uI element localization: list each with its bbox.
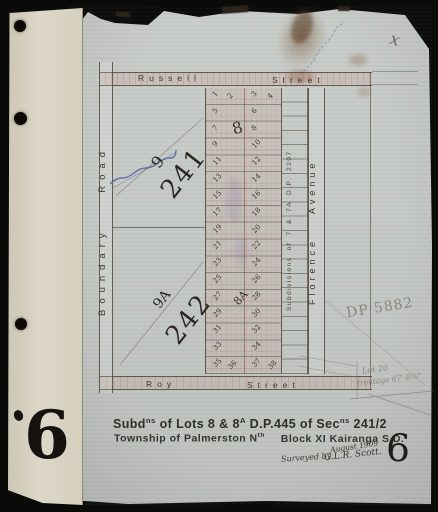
avenue-label-florence: Florence Avenue [307, 96, 317, 368]
lot-number: 18 [250, 206, 262, 218]
street-label-roy-2: Street [247, 380, 300, 390]
lot-number: 38 [266, 359, 278, 371]
lot-number: 1 [211, 90, 220, 99]
title-sup: ns [146, 416, 156, 425]
lot-row: 19 20 [206, 223, 281, 240]
street-label-russell: Russell [138, 73, 201, 83]
title-sup: th [258, 432, 265, 439]
lot-number: 8 [250, 123, 259, 132]
tape-debris [116, 11, 130, 17]
lot-row: 5 6 [206, 105, 281, 122]
lot-row: 21 22 [206, 239, 281, 256]
lot-number: 28 [250, 290, 262, 302]
lot-number: 3 [250, 90, 259, 99]
punch-hole [14, 20, 26, 32]
lot-number: 4 [266, 92, 275, 101]
title-part: D.P.445 of Sec [246, 417, 340, 431]
road-label-boundary: Boundary Road [97, 92, 108, 370]
lot-row: 15 16 [206, 189, 281, 206]
tape-debris [338, 6, 350, 11]
lot-number: 34 [250, 340, 262, 352]
plan-title-line1: Subdns of Lots 8 & 8A D.P.445 of Secns 2… [113, 416, 413, 431]
lot-number: 10 [250, 138, 262, 150]
lot-number: 15 [211, 189, 223, 201]
lot-row: 33 34 [206, 340, 281, 357]
lot-row: 31 32 [206, 323, 281, 340]
lot-row: 9 10 [206, 138, 281, 155]
lot-number: 11 [211, 155, 223, 167]
lot-row: 35 36 37 38 [206, 357, 281, 374]
title-part: Township of Palmerston N [114, 433, 258, 445]
lot-row: 11 12 [206, 155, 281, 172]
punch-hole [14, 112, 27, 125]
lot-number: 7 [211, 123, 220, 132]
lot-row: 29 30 [206, 307, 281, 324]
lot-number: 6 [250, 106, 259, 115]
lot-number: 14 [250, 172, 262, 184]
lot-number: 5 [211, 106, 220, 115]
lot-number: 33 [211, 340, 223, 352]
lot-number: 16 [250, 189, 262, 201]
lot-row: 25 26 [206, 273, 281, 290]
lot-number: 32 [250, 323, 262, 335]
lot-number: 23 [211, 256, 223, 268]
lot-number: 21 [211, 239, 223, 251]
title-part: of Lots 8 & 8 [156, 417, 240, 431]
street-extension-lines [372, 71, 418, 85]
lot-number: 12 [250, 155, 262, 167]
lot-number: 9 [211, 140, 220, 149]
stencil-number: 6 [24, 402, 70, 468]
lot-number: 24 [250, 256, 262, 268]
lot-row: 13 14 [206, 172, 281, 189]
title-part: Subd [113, 417, 146, 431]
lot-number: 17 [211, 206, 223, 218]
scanned-survey-plan: 1 2 3 4 5 6 7 8 9 10 11 [0, 0, 438, 512]
lot-number: 2 [226, 92, 235, 101]
lot-number: 22 [250, 239, 262, 251]
lot-row: 17 18 [206, 206, 281, 223]
lot-row: 23 24 [206, 256, 281, 273]
title-sup: ns [340, 416, 350, 425]
lot-row: 1 2 3 4 [206, 88, 281, 105]
lot-number: 36 [226, 359, 238, 371]
lot-number: 19 [211, 223, 223, 235]
plan-right-boundary [370, 72, 371, 390]
lot-number: 20 [250, 223, 262, 235]
page-number: 6 [385, 425, 411, 470]
roy-street-band [99, 376, 372, 390]
subdivisions-label: Subdivisions of 7 & 7A D.P. 2207 [286, 96, 293, 366]
lot-number: 27 [211, 290, 223, 302]
street-label-roy: Roy [146, 379, 176, 389]
lot-number: 30 [250, 307, 262, 319]
lot-number: 31 [211, 323, 223, 335]
title-part: 241/2 [350, 417, 387, 431]
lot-number: 26 [250, 273, 262, 285]
punch-hole [15, 318, 27, 330]
parcel-divider-line [113, 227, 205, 228]
lot-number: 37 [250, 357, 262, 369]
street-label-russell-2: Street [272, 75, 325, 85]
lot-number: 35 [211, 357, 223, 369]
lot-number: 13 [211, 172, 223, 184]
lot-number: 25 [211, 273, 223, 285]
